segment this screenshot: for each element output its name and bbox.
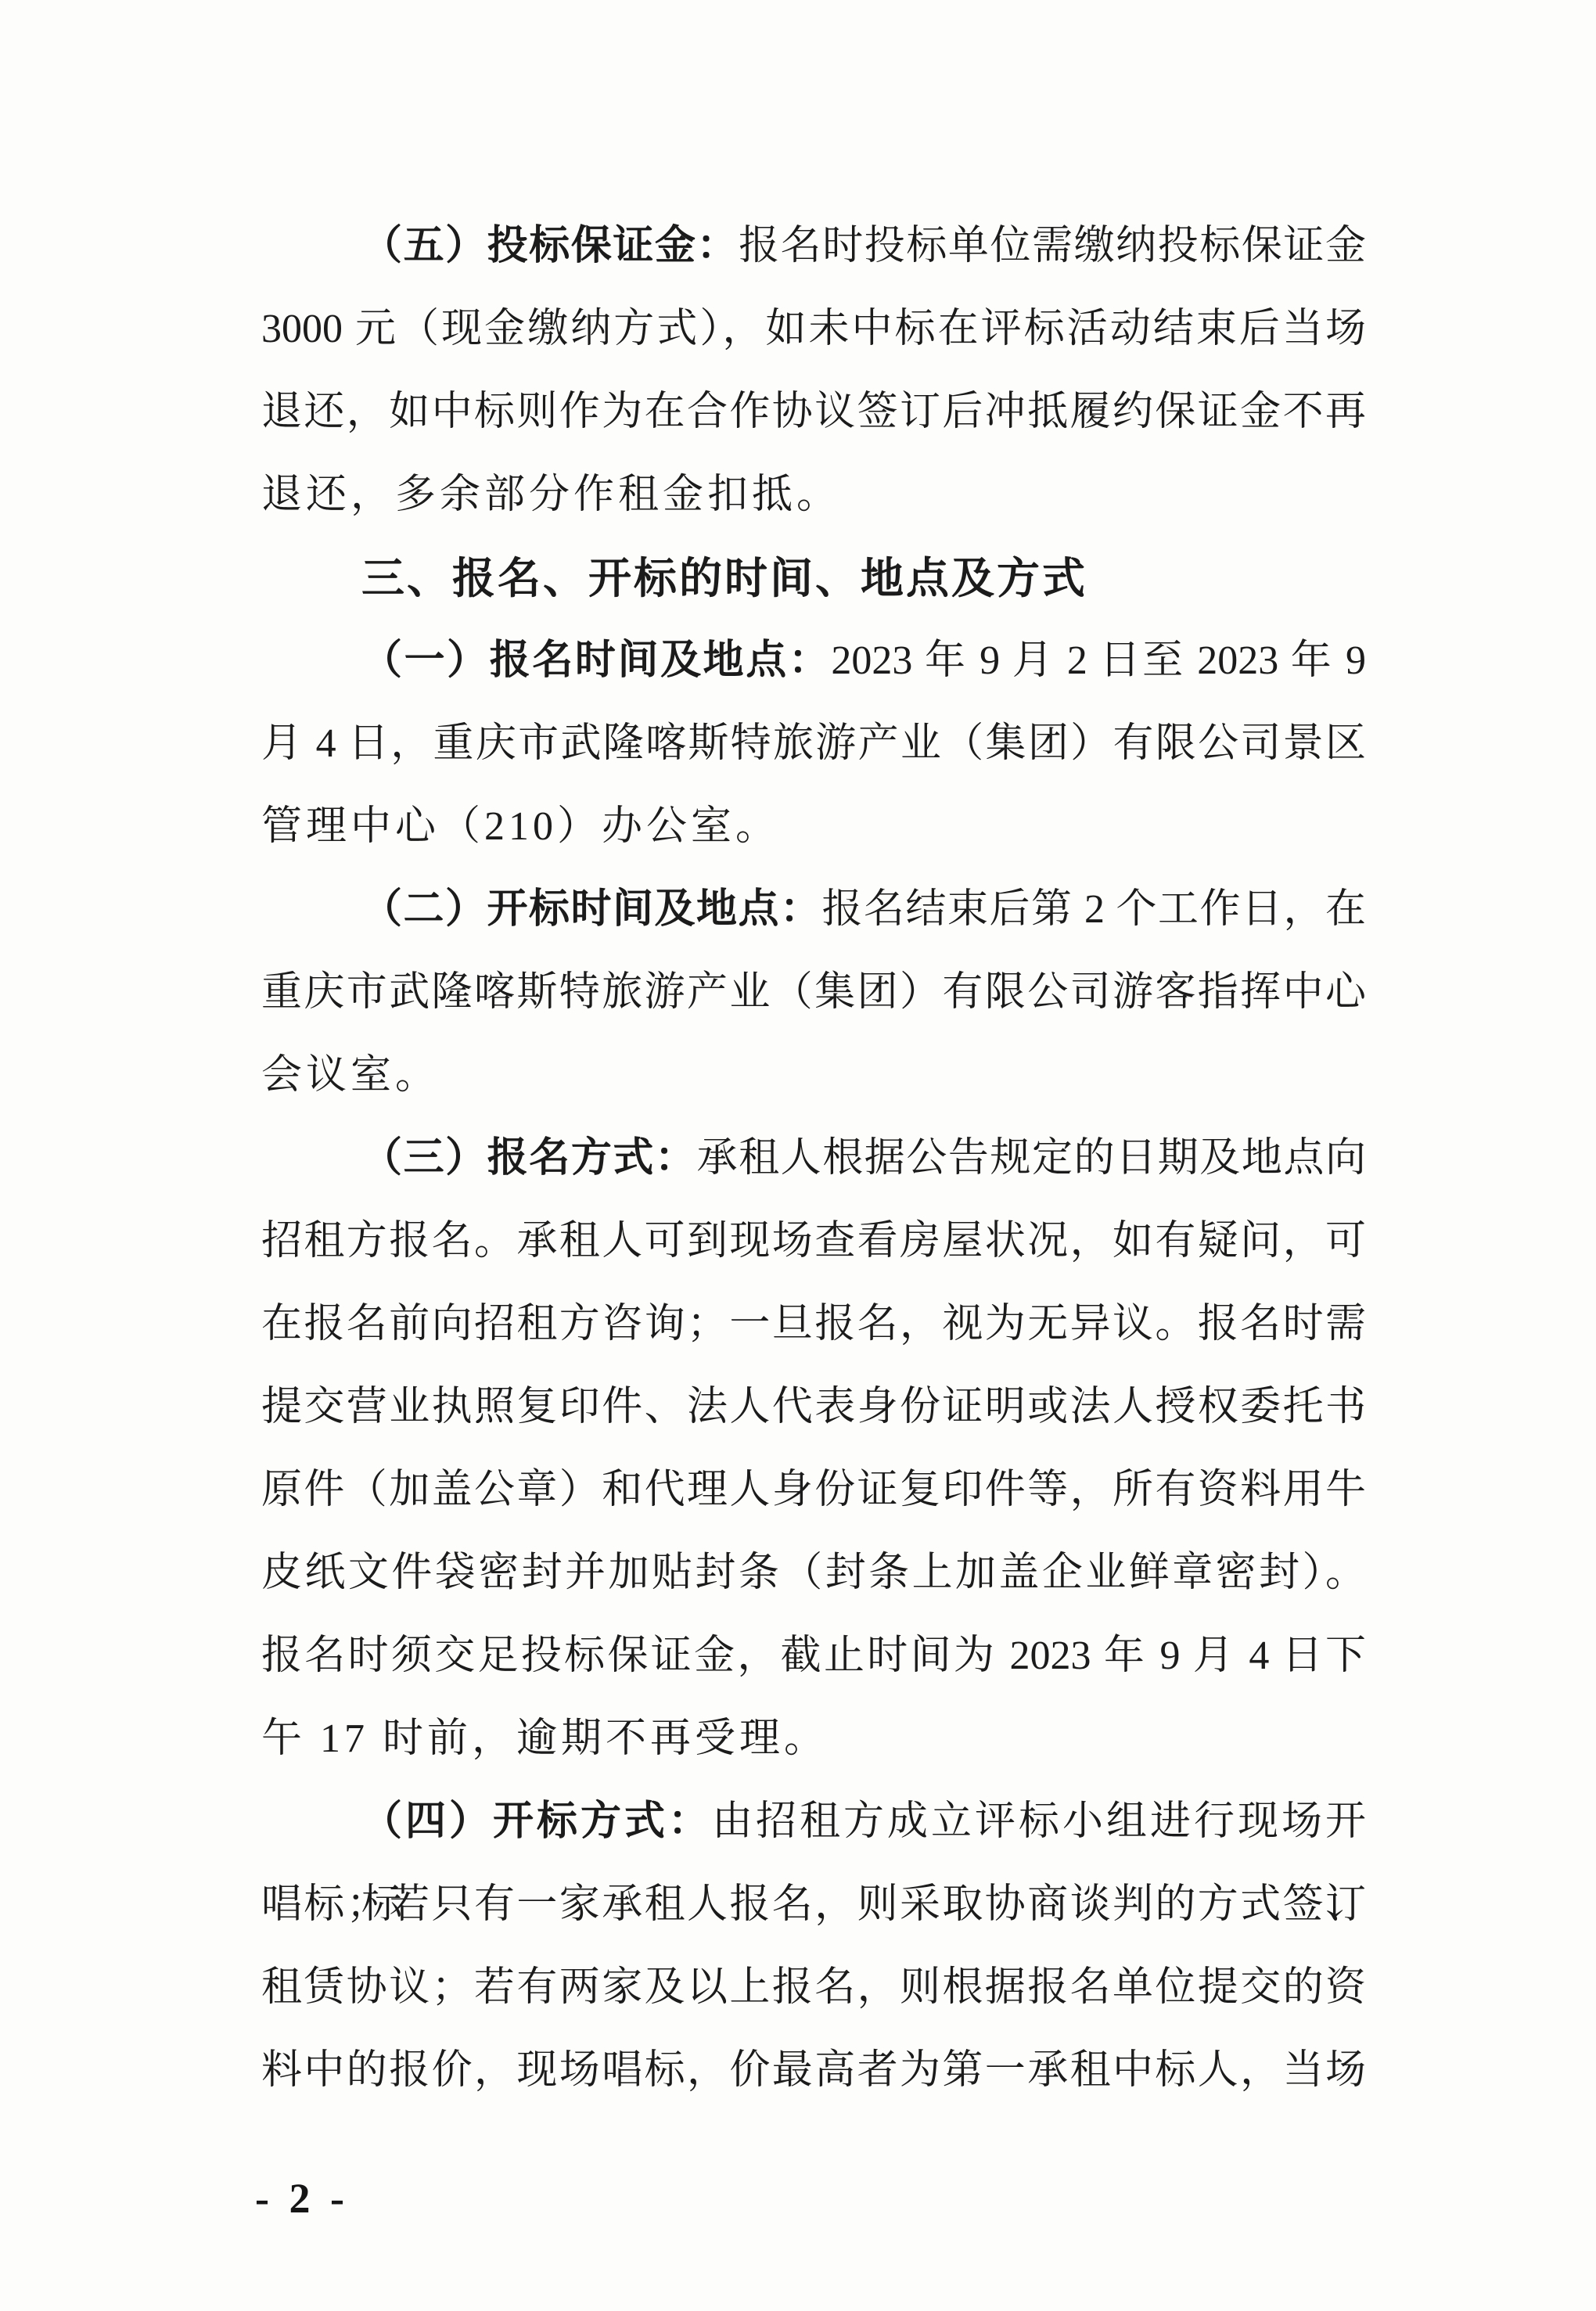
text-line: （二）开标时间及地点：报名结束后第 2 个工作日，在 bbox=[261, 868, 1366, 951]
line-text: 报名时须交足投标保证金，截止时间为 2023 年 9 月 4 日下 bbox=[261, 1634, 1366, 1678]
line-text: 2023 年 9 月 2 日至 2023 年 9 bbox=[831, 638, 1366, 683]
text-line: 唱标；若只有一家承租人报名，则采取协商谈判的方式签订 bbox=[261, 1864, 1366, 1946]
line-text: 会议室。 bbox=[261, 1053, 440, 1098]
line-text: 皮纸文件袋密封并加贴封条（封条上加盖企业鲜章密封）。 bbox=[261, 1551, 1366, 1595]
line-text: 料中的报价，现场唱标，价最高者为第一承租中标人，当场 bbox=[261, 2048, 1366, 2093]
line-text: 月 4 日，重庆市武隆喀斯特旅游产业（集团）有限公司景区 bbox=[261, 721, 1366, 766]
text-column: （五）投标保证金：报名时投标单位需缴纳投标保证金 3000 元（现金缴纳方式），… bbox=[261, 205, 1366, 2112]
text-line: 料中的报价，现场唱标，价最高者为第一承租中标人，当场 bbox=[261, 2029, 1366, 2112]
text-line: 午 17 时前，逾期不再受理。 bbox=[261, 1698, 1366, 1781]
text-line: 租赁协议；若有两家及以上报名，则根据报名单位提交的资 bbox=[261, 1946, 1366, 2029]
section-heading: 三、报名、开标的时间、地点及方式 bbox=[261, 537, 1366, 620]
text-line: （五）投标保证金：报名时投标单位需缴纳投标保证金 bbox=[261, 205, 1366, 288]
clause-label: （四）开标方式： bbox=[361, 1799, 712, 1844]
page-number: - 2 - bbox=[255, 2167, 349, 2230]
line-text: 报名结束后第 2 个工作日，在 bbox=[822, 887, 1366, 932]
line-text: 3000 元（现金缴纳方式），如未中标在评标活动结束后当场 bbox=[261, 307, 1366, 351]
line-text: 原件（加盖公章）和代理人身份证复印件等，所有资料用牛 bbox=[261, 1468, 1366, 1512]
text-line: 在报名前向招租方咨询；一旦报名，视为无异议。报名时需 bbox=[261, 1283, 1366, 1366]
clause-label: （一）报名时间及地点： bbox=[361, 638, 831, 683]
line-text: 管理中心（210）办公室。 bbox=[261, 804, 780, 849]
text-line: 提交营业执照复印件、法人代表身份证明或法人授权委托书 bbox=[261, 1366, 1366, 1449]
text-line: （四）开标方式：由招租方成立评标小组进行现场开标、 bbox=[261, 1781, 1366, 1864]
line-text: 提交营业执照复印件、法人代表身份证明或法人授权委托书 bbox=[261, 1385, 1366, 1429]
line-text: 退还，多余部分作租金扣抵。 bbox=[261, 473, 841, 517]
text-line: 重庆市武隆喀斯特旅游产业（集团）有限公司游客指挥中心 bbox=[261, 951, 1366, 1034]
text-line: 报名时须交足投标保证金，截止时间为 2023 年 9 月 4 日下 bbox=[261, 1615, 1366, 1698]
section-heading-text: 三、报名、开标的时间、地点及方式 bbox=[361, 554, 1087, 602]
text-line: （一）报名时间及地点：2023 年 9 月 2 日至 2023 年 9 bbox=[261, 620, 1366, 703]
text-line: 月 4 日，重庆市武隆喀斯特旅游产业（集团）有限公司景区 bbox=[261, 703, 1366, 785]
line-text: 承租人根据公告规定的日期及地点向 bbox=[697, 1136, 1366, 1181]
line-text: 重庆市武隆喀斯特旅游产业（集团）有限公司游客指挥中心 bbox=[261, 970, 1366, 1015]
clause-label: （五）投标保证金： bbox=[361, 224, 739, 268]
text-line: 皮纸文件袋密封并加贴封条（封条上加盖企业鲜章密封）。 bbox=[261, 1532, 1366, 1615]
text-line: 3000 元（现金缴纳方式），如未中标在评标活动结束后当场 bbox=[261, 288, 1366, 371]
text-line: 原件（加盖公章）和代理人身份证复印件等，所有资料用牛 bbox=[261, 1449, 1366, 1532]
line-text: 报名时投标单位需缴纳投标保证金 bbox=[739, 224, 1366, 268]
line-text: 唱标；若只有一家承租人报名，则采取协商谈判的方式签订 bbox=[261, 1882, 1366, 1927]
clause-label: （三）报名方式： bbox=[361, 1136, 697, 1181]
text-line: 退还，多余部分作租金扣抵。 bbox=[261, 454, 1366, 537]
line-text: 招租方报名。承租人可到现场查看房屋状况，如有疑问，可 bbox=[261, 1219, 1366, 1263]
text-line: 退还，如中标则作为在合作协议签订后冲抵履约保证金不再 bbox=[261, 371, 1366, 454]
line-text: 午 17 时前，逾期不再受理。 bbox=[261, 1716, 829, 1761]
text-line: 招租方报名。承租人可到现场查看房屋状况，如有疑问，可 bbox=[261, 1200, 1366, 1283]
clause-label: （二）开标时间及地点： bbox=[361, 887, 822, 932]
scanned-document-page: （五）投标保证金：报名时投标单位需缴纳投标保证金 3000 元（现金缴纳方式），… bbox=[0, 0, 1596, 2311]
line-text: 退还，如中标则作为在合作协议签订后冲抵履约保证金不再 bbox=[261, 390, 1366, 434]
text-line: 会议室。 bbox=[261, 1034, 1366, 1117]
text-line: （三）报名方式：承租人根据公告规定的日期及地点向 bbox=[261, 1117, 1366, 1200]
text-line: 管理中心（210）办公室。 bbox=[261, 785, 1366, 868]
line-text: 在报名前向招租方咨询；一旦报名，视为无异议。报名时需 bbox=[261, 1302, 1366, 1346]
line-text: 租赁协议；若有两家及以上报名，则根据报名单位提交的资 bbox=[261, 1965, 1366, 2010]
